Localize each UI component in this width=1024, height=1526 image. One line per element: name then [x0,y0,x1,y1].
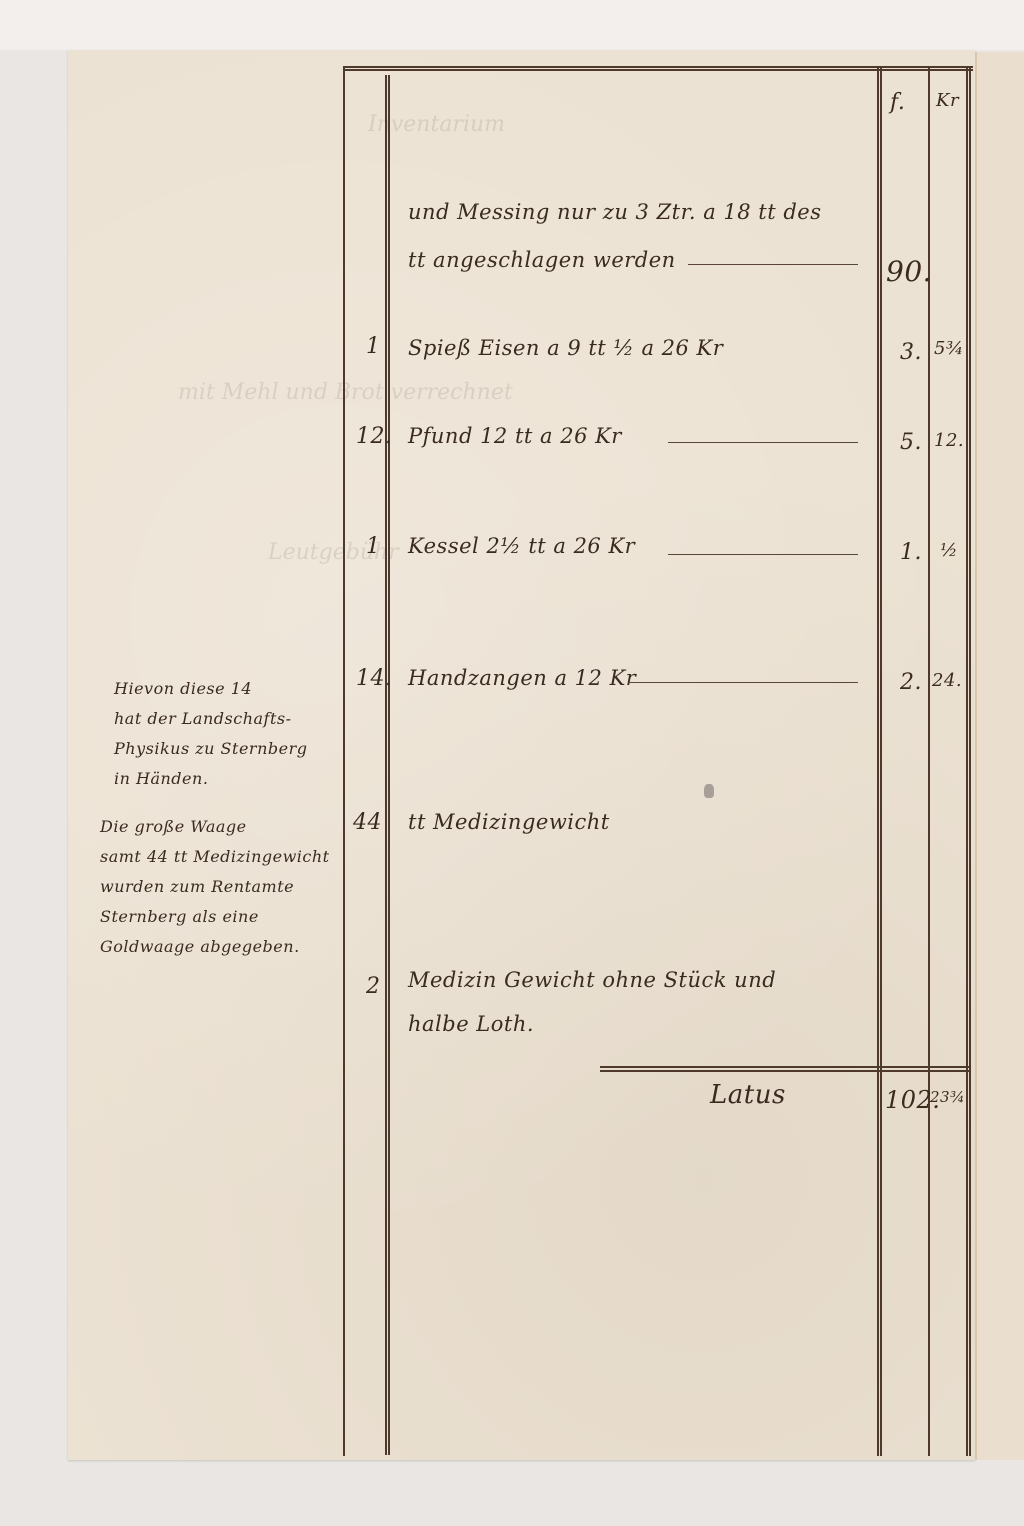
scan-backdrop [0,0,1024,50]
row-gulden: 5. [900,430,922,455]
qty-column-right-rule-inner [388,75,390,1455]
margin-note-line: Goldwaage abgegeben. [100,932,330,962]
fill-dash [668,554,858,555]
gulden-column-left-rule-inner [880,66,882,1456]
row-kreuzer: ½ [940,540,958,561]
margin-note-line: Sternberg als eine [100,902,330,932]
row-kreuzer: 24. [932,670,962,691]
fill-dash [668,442,858,443]
row-qty: 1 [366,534,381,559]
row-description-cont: halbe Loth. [408,1012,534,1036]
margin-note-line: hat der Landschafts- [114,704,307,734]
qty-column-right-rule [385,75,387,1455]
margin-note: Die große Waage samt 44 tt Medizingewich… [100,812,330,962]
margin-note-line: Die große Waage [100,812,330,842]
row-description: Handzangen a 12 Kr [408,666,636,690]
kreuzer-column-right-rule [966,66,968,1456]
row-gulden: 90. [886,255,932,288]
header-kreuzer: Kr [936,90,959,111]
fill-dash [688,264,858,265]
margin-note-line: wurden zum Rentamte [100,872,330,902]
row-description: und Messing nur zu 3 Ztr. a 18 tt des [408,200,821,224]
row-gulden: 2. [900,670,922,695]
row-description: Kessel 2½ tt a 26 Kr [408,534,635,558]
row-description: tt Medizingewicht [408,810,610,834]
row-description-cont: tt angeschlagen werden [408,248,676,272]
row-qty: 1 [366,334,381,359]
row-qty: 44 [353,810,382,835]
row-description: Pfund 12 tt a 26 Kr [408,424,622,448]
row-kreuzer: 12. [934,430,964,451]
margin-note: Hievon diese 14 hat der Landschafts- Phy… [114,674,307,794]
ledger-page: Inventarium mit Mehl und Brot verrechnet… [68,50,975,1460]
row-qty: 14. [356,666,393,691]
margin-note-line: samt 44 tt Medizingewicht [100,842,330,872]
qty-column-left-rule [343,66,345,1456]
row-description: Spieß Eisen a 9 tt ½ a 26 Kr [408,336,723,360]
row-gulden: 3. [900,340,922,365]
gulden-column-left-rule [877,66,879,1456]
top-rule [343,66,973,68]
row-qty: 2 [366,974,381,999]
margin-note-line: in Händen. [114,764,307,794]
bleed-through-text: mit Mehl und Brot verrechnet [178,380,513,405]
kreuzer-column-right-rule-inner [969,66,971,1456]
fill-dash [628,682,858,683]
total-rule-inner [600,1070,970,1072]
header-gulden: f. [890,90,905,115]
total-kreuzer: 23¾ [930,1088,965,1106]
row-gulden: 1. [900,540,922,565]
total-label: Latus [710,1080,786,1110]
top-rule-inner [343,69,973,71]
adjacent-page-edge [975,52,1024,1460]
ink-stain [704,784,714,798]
margin-note-line: Hievon diese 14 [114,674,307,704]
row-qty: 12. [356,424,393,449]
row-description: Medizin Gewicht ohne Stück und [408,968,776,992]
row-kreuzer: 5¾ [934,338,964,359]
margin-note-line: Physikus zu Sternberg [114,734,307,764]
total-rule [600,1066,970,1068]
